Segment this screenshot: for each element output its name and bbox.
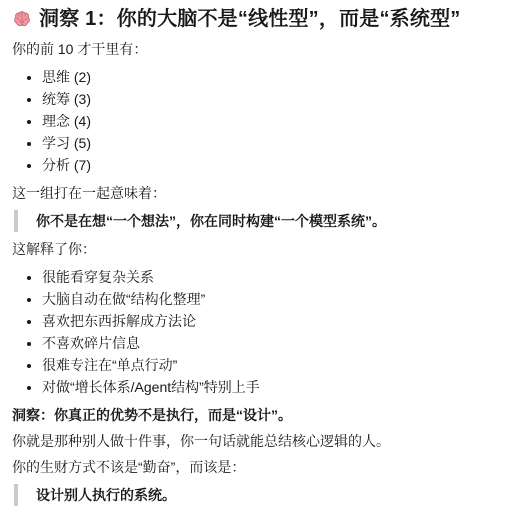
page-title: 洞察 1：你的大脑不是“线性型”，而是“系统型” (12, 6, 496, 32)
page-title-text: 洞察 1：你的大脑不是“线性型”，而是“系统型” (39, 6, 460, 32)
talent-item: 统筹 (3) (42, 88, 496, 110)
trait-item: 对做“增长体系/Agent结构”特别上手 (42, 376, 496, 398)
talent-item: 学习 (5) (42, 132, 496, 154)
model-system-quote: 你不是在想“一个想法”，你在同时构建“一个模型系统”。 (14, 210, 496, 232)
combo-lead-paragraph: 这一组打在一起意味着： (12, 184, 496, 202)
trait-item: 不喜欢碎片信息 (42, 332, 496, 354)
talent-list: 思维 (2) 统筹 (3) 理念 (4) 学习 (5) 分析 (7) (12, 66, 496, 176)
trait-item: 喜欢把东西拆解成方法论 (42, 310, 496, 332)
money-lead-paragraph: 你的生财方式不该是“勤奋”，而该是： (12, 458, 496, 476)
talent-item: 思维 (2) (42, 66, 496, 88)
trait-list: 很能看穿复杂关系 大脑自动在做“结构化整理” 喜欢把东西拆解成方法论 不喜欢碎片… (12, 266, 496, 398)
summary-paragraph: 你就是那种别人做十件事，你一句话就能总结核心逻辑的人。 (12, 432, 496, 450)
talent-item: 分析 (7) (42, 154, 496, 176)
system-design-quote: 设计别人执行的系统。 (14, 484, 496, 506)
intro-paragraph: 你的前 10 才干里有： (12, 40, 496, 58)
trait-item: 很难专注在“单点行动” (42, 354, 496, 376)
insight-statement: 洞察：你真正的优势不是执行，而是“设计”。 (12, 406, 496, 424)
explains-lead-paragraph: 这解释了你： (12, 240, 496, 258)
brain-icon (12, 9, 32, 29)
talent-item: 理念 (4) (42, 110, 496, 132)
trait-item: 大脑自动在做“结构化整理” (42, 288, 496, 310)
trait-item: 很能看穿复杂关系 (42, 266, 496, 288)
